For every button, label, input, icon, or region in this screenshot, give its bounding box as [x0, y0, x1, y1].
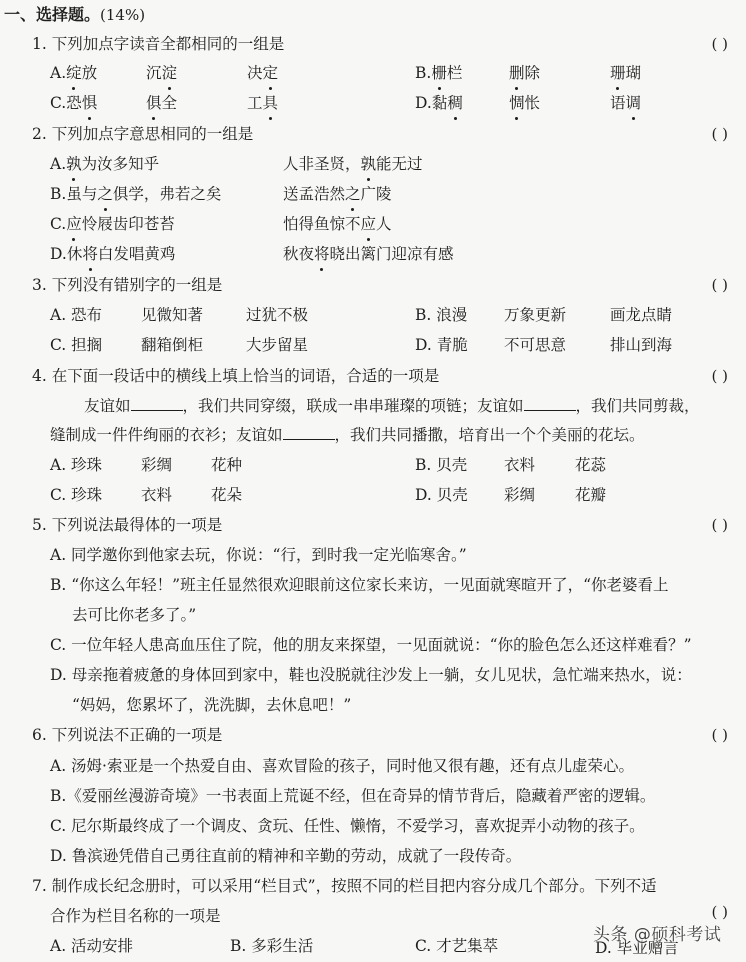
exam-page: 一、选择题。(14%) 1. 下列加点字读音全都相同的一组是 ( ) A.绽放沉…	[0, 0, 746, 962]
word: 决定	[247, 63, 278, 83]
word: 俱全	[146, 93, 177, 113]
q4-option-d[interactable]: D. 贝壳彩绸花瓣	[415, 485, 468, 505]
q3-option-c[interactable]: C. 担搁翻箱倒柜大步留星	[50, 335, 102, 355]
q6-stem: 6. 下列说法不正确的一项是	[32, 725, 222, 745]
fill-blank[interactable]	[283, 425, 335, 440]
word: 恐惧	[66, 94, 97, 112]
word: 栅栏	[431, 64, 462, 82]
q2-option-b-right: 送孟浩然之广陵	[283, 184, 392, 204]
q4-option-a[interactable]: A. 珍珠彩绸花种	[50, 455, 102, 475]
q1-stem: 1. 下列加点字读音全都相同的一组是	[32, 34, 284, 54]
q3-option-b[interactable]: B. 浪漫万象更新画龙点睛	[415, 305, 467, 325]
q5-option-d-cont: “妈妈，您累坏了，洗洗脚，去休息吧！”	[72, 695, 351, 715]
q4-passage-line-1: 友谊如，我们共同穿缀，联成一串串璀璨的项链；友谊如，我们共同剪裁，	[84, 396, 700, 416]
dotted-char: 将	[314, 244, 330, 264]
q5-option-c[interactable]: C. 一位年轻人患高血压住了院，他的朋友来探望，一见面就说：“你的脸色怎么还这样…	[50, 635, 692, 655]
section-score: (14%)	[100, 6, 145, 24]
q4-option-c[interactable]: C. 珍珠衣料花朵	[50, 485, 102, 505]
q5-answer-paren[interactable]: ( )	[712, 515, 728, 535]
q4-passage-line-2: 缝制成一件件绚丽的衣衫；友谊如，我们共同播撒，培育出一个个美丽的花坛。	[50, 425, 645, 445]
dotted-char: 栅	[431, 63, 447, 83]
dotted-char: 具	[263, 93, 279, 113]
q6-option-d[interactable]: D. 鲁滨逊凭借自己勇往直前的精神和辛勤的劳动，成就了一段传奇。	[50, 846, 521, 866]
q3-stem: 3. 下列没有错别字的一组是	[32, 275, 222, 295]
q5-option-b[interactable]: B. “你这么年轻！”班主任显然很欢迎眼前这位家长来访，一见面就寒暄开了，“你老…	[50, 575, 669, 595]
q2-option-a-right: 人非圣贤，孰能无过	[283, 154, 423, 174]
dotted-char: 淀	[162, 63, 178, 83]
word: 语调	[610, 93, 641, 113]
q1-option-a[interactable]: A.绽放沉淀决定	[50, 63, 97, 83]
q2-option-d[interactable]: D.休将白发唱黄鸡 秋夜将晓出篱门迎凉有感	[50, 244, 175, 264]
q7-option-a[interactable]: A. 活动安排	[50, 936, 133, 956]
q3-option-d[interactable]: D. 青脆不可思意排山到海	[415, 335, 468, 355]
q2-option-c[interactable]: C.应怜屐齿印苍苔 怕得鱼惊不应人	[50, 214, 175, 234]
q5-option-b-cont: 去可比你老多了。”	[72, 605, 196, 625]
q3-option-a[interactable]: A. 恐布见微知著过犹不极	[50, 305, 102, 325]
q7-stem-cont: 合作为栏目名称的一项是	[50, 906, 221, 926]
dotted-char: 应	[361, 214, 377, 234]
dotted-char: 稠	[447, 93, 463, 113]
q6-option-a[interactable]: A. 汤姆·索亚是一个热爱自由、喜欢冒险的孩子，同时他又很有趣，还有点儿虚荣心。	[50, 756, 634, 776]
q1-option-b[interactable]: B.栅栏删除珊瑚	[415, 63, 462, 83]
q1-option-d[interactable]: D.黏稠惆怅语调	[415, 93, 463, 113]
dotted-char: 惧	[82, 93, 98, 113]
dotted-char: 孰	[361, 154, 377, 174]
q3-answer-paren[interactable]: ( )	[712, 275, 728, 295]
word: 删除	[509, 63, 540, 83]
q2-option-a[interactable]: A.孰为汝多知乎 人非圣贤，孰能无过	[50, 154, 159, 174]
q4-answer-paren[interactable]: ( )	[712, 366, 728, 386]
dotted-char: 应	[66, 214, 82, 234]
q2-answer-paren[interactable]: ( )	[712, 124, 728, 144]
section-heading: 一、选择题。	[4, 5, 100, 24]
q2-option-b[interactable]: B.虽与之俱学，弗若之矣 送孟浩然之广陵	[50, 184, 221, 204]
q6-answer-paren[interactable]: ( )	[712, 725, 728, 745]
word: 沉淀	[146, 63, 177, 83]
q1-option-c[interactable]: C.恐惧俱全工具	[50, 93, 97, 113]
word: 黏稠	[432, 94, 463, 112]
q4-stem: 4. 在下面一段话中的横线上填上恰当的词语，合适的一项是	[32, 366, 439, 386]
word: 惆怅	[509, 93, 540, 113]
q5-option-d[interactable]: D. 母亲拖着疲惫的身体回到家中，鞋也没脱就往沙发上一躺，女儿见状，急忙端来热水…	[50, 665, 692, 685]
dotted-char: 将	[82, 244, 98, 264]
fill-blank[interactable]	[524, 396, 576, 411]
q6-option-b[interactable]: B.《爱丽丝漫游奇境》一书表面上荒诞不经，但在奇异的情节背后，隐藏着严密的逻辑。	[50, 786, 655, 806]
q6-option-c[interactable]: C. 尼尔斯最终成了一个调皮、贪玩、任性、懒惰，不爱学习，喜欢捉弄小动物的孩子。	[50, 816, 645, 836]
q4-option-b[interactable]: B. 贝壳衣料花蕊	[415, 455, 467, 475]
q7-option-c[interactable]: C. 才艺集萃	[415, 936, 498, 956]
dotted-char: 惆	[509, 93, 525, 113]
dotted-char: 之	[345, 184, 361, 204]
dotted-char: 调	[626, 93, 642, 113]
word: 工具	[247, 93, 278, 113]
q1-answer-paren[interactable]: ( )	[712, 34, 728, 54]
dotted-char: 删	[509, 63, 525, 83]
dotted-char: 珊	[610, 63, 626, 83]
section-title: 一、选择题。(14%)	[4, 2, 145, 25]
q2-option-c-right: 怕得鱼惊不应人	[283, 214, 392, 234]
fill-blank[interactable]	[131, 396, 183, 411]
word: 珊瑚	[610, 63, 641, 83]
word: 绽放	[66, 64, 97, 82]
q7-stem: 7. 制作成长纪念册时，可以采用“栏目式”，按照不同的栏目把内容分成几个部分。下…	[32, 876, 657, 896]
q2-stem: 2. 下列加点字意思相同的一组是	[32, 124, 253, 144]
q2-option-d-right: 秋夜将晓出篱门迎凉有感	[283, 244, 454, 264]
dotted-char: 孰	[66, 154, 82, 174]
dotted-char: 之	[97, 184, 113, 204]
q7-answer-paren[interactable]: ( )	[712, 902, 728, 922]
q5-option-a[interactable]: A. 同学邀你到他家去玩，你说：“行，到时我一定光临寒舍。”	[50, 545, 467, 565]
dotted-char: 定	[263, 63, 279, 83]
dotted-char: 绽	[66, 63, 82, 83]
q7-option-b[interactable]: B. 多彩生活	[230, 936, 313, 956]
watermark: 头条 @硕科考试	[593, 920, 721, 945]
dotted-char: 俱	[146, 93, 162, 113]
q5-stem: 5. 下列说法最得体的一项是	[32, 515, 222, 535]
